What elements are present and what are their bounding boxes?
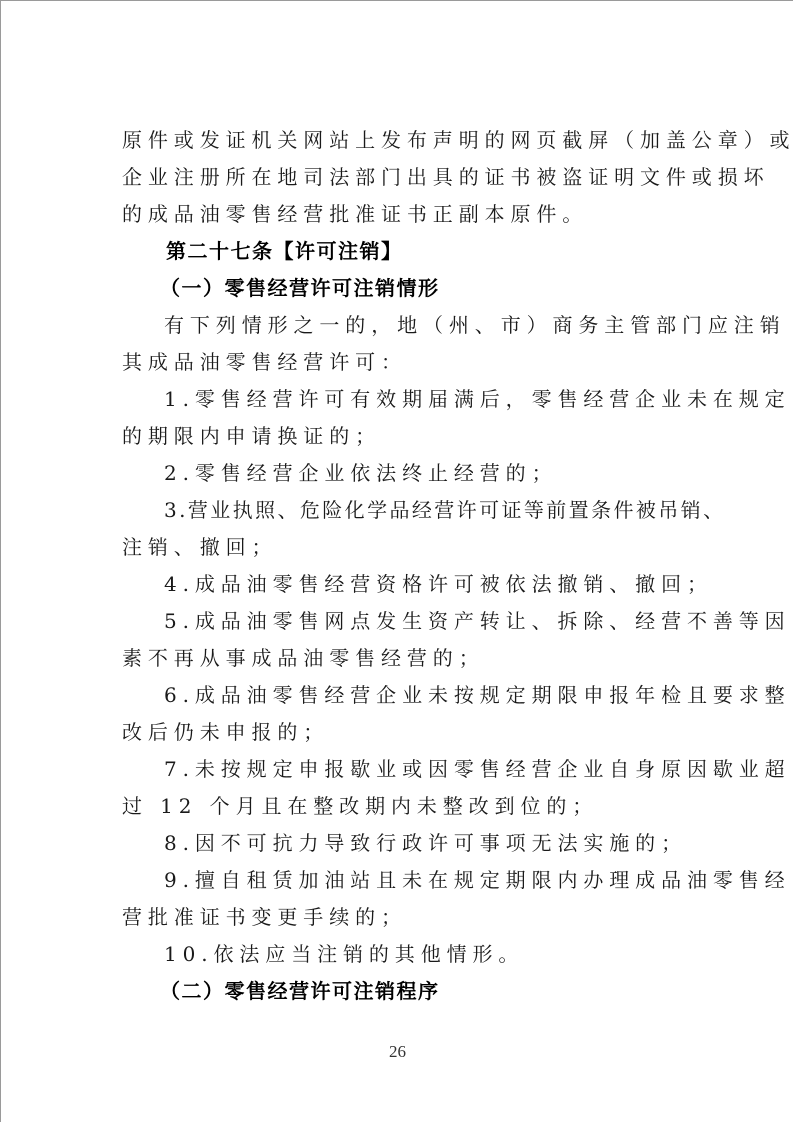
paragraph-line: 企业注册所在地司法部门出具的证书被盗证明文件或损坏 <box>122 159 678 196</box>
list-item: 8.因不可抗力导致行政许可事项无法实施的； <box>122 825 678 862</box>
list-item: 9.擅自租赁加油站且未在规定期限内办理成品油零售经 <box>122 862 678 899</box>
paragraph-line: 的成品油零售经营批准证书正副本原件。 <box>122 196 678 233</box>
list-item: 3.营业执照、危险化学品经营许可证等前置条件被吊销、 <box>122 492 678 529</box>
list-item-continuation: 营批准证书变更手续的； <box>122 899 678 936</box>
article-heading: 第二十七条【许可注销】 <box>122 233 678 270</box>
document-page: 原件或发证机关网站上发布声明的网页截屏（加盖公章）或 企业注册所在地司法部门出具… <box>122 122 678 1010</box>
list-item-continuation: 注销、撤回； <box>122 529 678 566</box>
list-item: 6.成品油零售经营企业未按规定期限申报年检且要求整 <box>122 677 678 714</box>
list-item: 2.零售经营企业依法终止经营的； <box>122 455 678 492</box>
list-item-continuation: 的期限内申请换证的； <box>122 418 678 455</box>
paragraph-line: 原件或发证机关网站上发布声明的网页截屏（加盖公章）或 <box>122 122 678 159</box>
list-item: 1.零售经营许可有效期届满后，零售经营企业未在规定 <box>122 381 678 418</box>
list-item-continuation: 过 12 个月且在整改期内未整改到位的； <box>122 788 678 825</box>
list-item: 4.成品油零售经营资格许可被依法撤销、撤回； <box>122 566 678 603</box>
intro-line: 其成品油零售经营许可： <box>122 344 678 381</box>
section-heading: （二）零售经营许可注销程序 <box>122 973 678 1010</box>
list-item: 10.依法应当注销的其他情形。 <box>122 936 678 973</box>
intro-line: 有下列情形之一的，地（州、市）商务主管部门应注销 <box>122 307 678 344</box>
list-item-continuation: 素不再从事成品油零售经营的； <box>122 640 678 677</box>
section-heading: （一）零售经营许可注销情形 <box>122 270 678 307</box>
list-item: 5.成品油零售网点发生资产转让、拆除、经营不善等因 <box>122 603 678 640</box>
list-item-continuation: 改后仍未申报的； <box>122 714 678 751</box>
list-item: 7.未按规定申报歇业或因零售经营企业自身原因歇业超 <box>122 751 678 788</box>
page-number: 26 <box>1 1042 793 1062</box>
